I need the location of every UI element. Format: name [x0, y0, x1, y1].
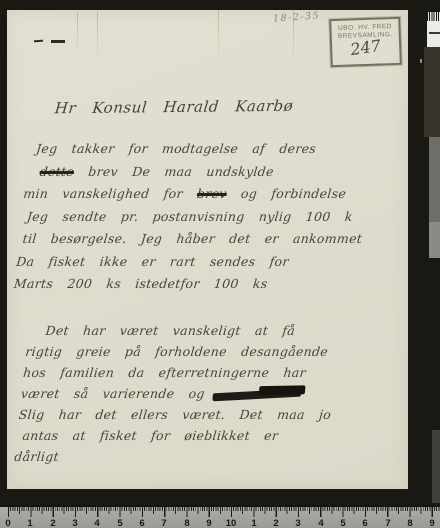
letter-line: dårligt — [13, 446, 394, 467]
letter-line: dette brev De maa undskylde — [25, 161, 406, 184]
letter-line: hos familien da efterretningerne har — [22, 362, 403, 383]
ink-blackout-redaction — [212, 388, 301, 401]
letter-line-text: været så varierende og — [20, 386, 205, 401]
letter-line-text: min vanskelighed for — [23, 186, 184, 201]
ruler-number: 3 — [68, 518, 82, 528]
ruler-number: 2 — [269, 518, 283, 528]
paper-crease — [97, 12, 98, 66]
edge-card-line — [429, 32, 440, 34]
ruler-number: 6 — [135, 518, 149, 528]
letter-salutation: Hr Konsul Harald Kaarbø — [54, 97, 294, 117]
date-annotation: 18-2-35 — [273, 10, 321, 24]
scanned-letter-page: { "annotations": { "date": "18-2-35" }, … — [0, 0, 440, 528]
letter-line: til besørgelse. Jeg håber det er ankomme… — [17, 228, 398, 251]
ruler-number: 5 — [113, 518, 127, 528]
ruler-number: 7 — [157, 518, 171, 528]
ruler-cm-ticks — [8, 507, 440, 517]
letter-line: Jeg sendte pr. postanvisning nylig 100 k — [20, 206, 401, 229]
letter-line: antas at fisket for øieblikket er — [15, 425, 396, 446]
paper-crease — [77, 12, 78, 60]
letter-paper: 18-2-35 UBO. HV. FRED BREVSAMLING. 247 H… — [7, 10, 408, 489]
ruler-number: 1 — [247, 518, 261, 528]
ruler-number: 8 — [180, 518, 194, 528]
letter-line: rigtig greie på forholdene desangående — [24, 341, 405, 362]
struck-out-word: dette — [39, 164, 75, 179]
letter-line: været så varierende og — [20, 383, 401, 404]
ruler-number: 9 — [202, 518, 216, 528]
ink-dash-mark — [34, 40, 43, 43]
ruler-number: 5 — [336, 518, 350, 528]
letter-paragraph-1: Jeg takker for modtagelse af deres dette… — [13, 138, 409, 296]
edge-ruler-fragment — [427, 12, 440, 21]
edge-grey-panel — [432, 430, 440, 503]
letter-line: Jeg takker for modtagelse af deres — [27, 138, 408, 161]
ruler-number: 8 — [403, 518, 417, 528]
ruler-number: 10 — [224, 518, 238, 528]
ruler-number: 4 — [90, 518, 104, 528]
edge-white-card — [427, 21, 440, 47]
ruler-number: 1 — [23, 518, 37, 528]
edge-dark-panel — [424, 47, 440, 137]
paper-crease — [218, 10, 219, 62]
struck-out-word: brev — [196, 186, 227, 201]
ruler-number: 0 — [1, 518, 15, 528]
edge-grey-panel — [429, 222, 440, 258]
ruler-number: 6 — [358, 518, 372, 528]
archive-stamp: UBO. HV. FRED BREVSAMLING. 247 — [329, 17, 402, 67]
ruler-number: 2 — [46, 518, 60, 528]
ruler-number: 9 — [425, 518, 439, 528]
ink-dash-mark — [51, 40, 65, 43]
ruler-number: 7 — [381, 518, 395, 528]
edge-grey-panel — [429, 137, 440, 222]
letter-line-text: og forbindelse — [240, 186, 347, 201]
edge-dot — [420, 59, 422, 63]
letter-line: Det har været vanskeligt at få — [27, 320, 408, 341]
measuring-ruler: 0 1 2 3 4 5 6 7 8 9 10 1 2 3 4 5 6 7 8 9 — [0, 505, 440, 528]
ruler-ticks — [8, 507, 440, 511]
letter-line: Slig har det ellers været. Det maa jo — [18, 404, 399, 425]
letter-line: Marts 200 ks istedetfor 100 ks — [13, 273, 394, 296]
ruler-number: 3 — [291, 518, 305, 528]
letter-line-text: brev De maa undskylde — [88, 164, 275, 179]
ruler-number: 4 — [314, 518, 328, 528]
letter-paragraph-2: Det har været vanskeligt at få rigtig gr… — [13, 320, 407, 467]
letter-line: Da fisket ikke er rart sendes for — [15, 251, 396, 274]
letter-line: min vanskelighed for brev og forbindelse — [22, 183, 403, 206]
